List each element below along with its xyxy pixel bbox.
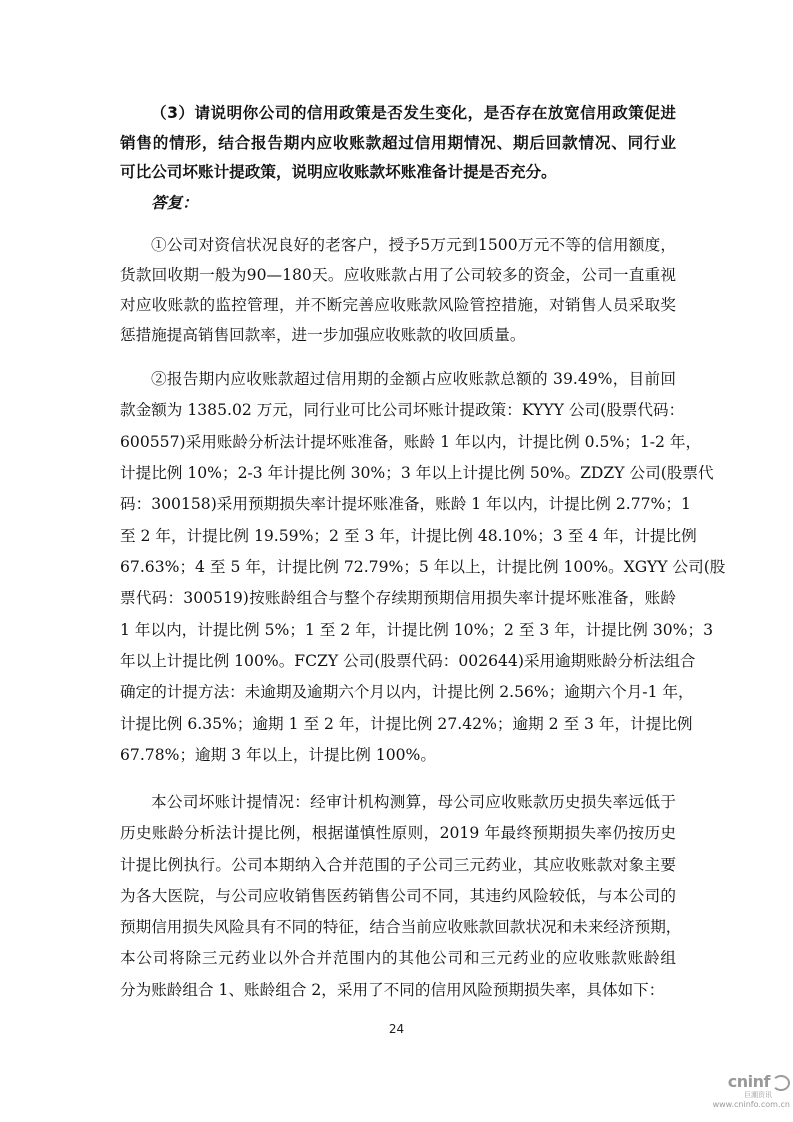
paragraph-line: 600557)采用账龄分析法计提坏账准备，账龄 1 年以内，计提比例 0.5%；… <box>120 432 676 452</box>
paragraph-line: 码：300158)采用预期损失率计提坏账准备，账龄 1 年以内，计提比例 2.7… <box>120 494 676 514</box>
question-line: 可比公司坏账计提政策，说明应收账款坏账准备计提是否充分。 <box>120 162 676 182</box>
question-line: 销售的情形，结合报告期内应收账款超过信用期情况、期后回款情况、同行业 <box>120 133 676 153</box>
paragraph-line: 本公司将除三元药业以外合并范围内的其他公司和三元药业的应收账款账龄组 <box>120 948 676 968</box>
paragraph-line: ①公司对资信状况良好的老客户，授予5万元到1500万元不等的信用额度， <box>120 235 676 255</box>
watermark-url: www.cninfo.com.cn <box>700 1100 790 1110</box>
paragraph-line: 至 2 年，计提比例 19.59%；2 至 3 年，计提比例 48.10%；3 … <box>120 526 676 546</box>
answer-label: 答复： <box>120 193 676 213</box>
paragraph-line: 67.63%；4 至 5 年，计提比例 72.79%；5 年以上，计提比例 10… <box>120 557 676 577</box>
paragraph-line: 预期信用损失风险具有不同的特征，结合当前应收账款回款状况和未来经济预期， <box>120 917 676 937</box>
paragraph-line: 计提比例 10%；2-3 年计提比例 30%；3 年以上计提比例 50%。ZDZ… <box>120 463 676 483</box>
paragraph-line: 惩措施提高销售回款率，进一步加强应收账款的收回质量。 <box>120 325 676 345</box>
page-number: 24 <box>0 1022 793 1036</box>
paragraph-line: 分为账龄组合 1、账龄组合 2，采用了不同的信用风险预期损失率，具体如下： <box>120 980 676 1000</box>
paragraph-line: 计提比例 6.35%；逾期 1 至 2 年，计提比例 27.42%；逾期 2 至… <box>120 714 676 734</box>
paragraph-line: 1 年以内，计提比例 5%；1 至 2 年，计提比例 10%；2 至 3 年，计… <box>120 620 676 640</box>
paragraph-line: ②报告期内应收账款超过信用期的金额占应收账款总额的 39.49%，目前回 <box>120 369 676 389</box>
paragraph-line: 确定的计提方法：未逾期及逾期六个月以内，计提比例 2.56%；逾期六个月-1 年… <box>120 682 676 702</box>
logo-text: cninf <box>728 1072 770 1091</box>
paragraph-line: 货款回收期一般为90—180天。应收账款占用了公司较多的资金，公司一直重视 <box>120 265 676 285</box>
paragraph-line: 历史账龄分析法计提比例，根据谨慎性原则，2019 年最终预期损失率仍按历史 <box>120 823 676 843</box>
watermark-subtitle: 巨潮资讯 <box>700 1091 772 1100</box>
paragraph-line: 67.78%；逾期 3 年以上，计提比例 100%。 <box>120 745 676 765</box>
paragraph-line: 款金额为 1385.02 万元，同行业可比公司坏账计提政策：KYYY 公司(股票… <box>120 400 676 420</box>
cninfo-watermark: cninf 巨潮资讯 www.cninfo.com.cn <box>700 1072 790 1110</box>
paragraph-line: 为各大医院，与公司应收销售医药销售公司不同，其违约风险较低，与本公司的 <box>120 886 676 906</box>
paragraph-line: 票代码：300519)按账龄组合与整个存续期预期信用损失率计提坏账准备，账龄 <box>120 588 676 608</box>
paragraph-line: 对应收账款的监控管理，并不断完善应收账款风险管控措施，对销售人员采取奖 <box>120 295 676 315</box>
paragraph-line: 本公司坏账计提情况：经审计机构测算，母公司应收账款历史损失率远低于 <box>120 792 676 812</box>
paragraph-line: 年以上计提比例 100%。FCZY 公司(股票代码：002644)采用逾期账龄分… <box>120 651 676 671</box>
question-line: （3）请说明你公司的信用政策是否发生变化，是否存在放宽信用政策促进 <box>120 103 676 123</box>
cninfo-logo: cninf <box>700 1072 790 1091</box>
paragraph-line: 计提比例执行。公司本期纳入合并范围的子公司三元药业，其应收账款对象主要 <box>120 855 676 875</box>
document-page: （3）请说明你公司的信用政策是否发生变化，是否存在放宽信用政策促进 销售的情形，… <box>0 0 793 1122</box>
swirl-logo-icon <box>772 1075 790 1091</box>
